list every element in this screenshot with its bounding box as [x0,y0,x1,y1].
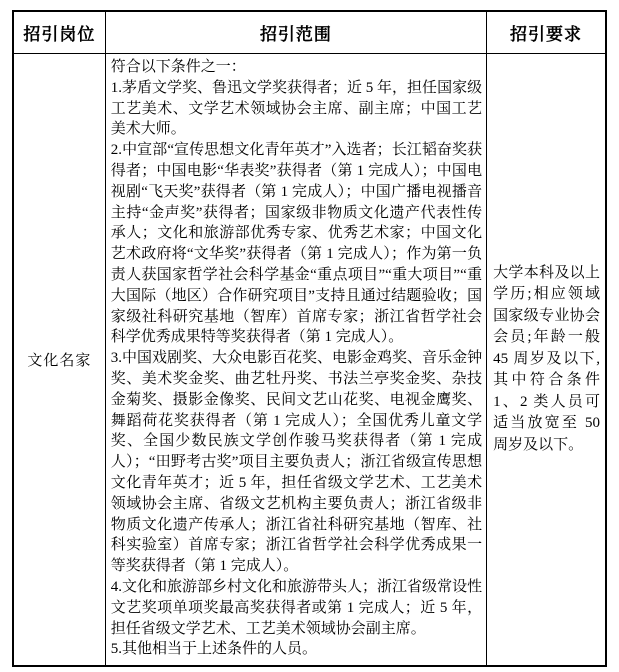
cell-position: 文化名家 [13,54,105,667]
scope-paragraph: 1.茅盾文学奖、鲁迅文学奖获得者；近 5 年，担任国家级工艺美术、文学艺术领域协… [111,78,482,140]
scope-paragraph: 5.其他相当于上述条件的人员。 [111,639,482,660]
header-row: 招引岗位 招引范围 招引要求 [13,11,606,54]
scope-paragraph: 2.中宣部“宣传思想文化青年英才”入选者；长江韬奋奖获得者；中国电影“华表奖”获… [111,140,482,348]
scope-paragraph: 3.中国戏剧奖、大众电影百花奖、电影金鸡奖、音乐金钟奖、美术奖金奖、曲艺牡丹奖、… [111,348,482,577]
header-cell-scope: 招引范围 [105,11,486,54]
document-page: 招引岗位 招引范围 招引要求 文化名家 符合以下条件之一：1.茅盾文学奖、鲁迅文… [0,0,619,672]
recruitment-table: 招引岗位 招引范围 招引要求 文化名家 符合以下条件之一：1.茅盾文学奖、鲁迅文… [12,10,607,667]
scope-paragraph: 符合以下条件之一： [111,57,482,78]
cell-requirement: 大学本科及以上学历;相应领域国家级专业协会会员;年龄一般 45 周岁及以下,其中… [487,54,606,667]
scope-paragraph: 4.文化和旅游部乡村文化和旅游带头人；浙江省级常设性文艺奖项单项奖最高奖获得者或… [111,577,482,639]
cell-scope: 符合以下条件之一：1.茅盾文学奖、鲁迅文学奖获得者；近 5 年，担任国家级工艺美… [105,54,486,667]
header-cell-position: 招引岗位 [13,11,105,54]
header-cell-requirement: 招引要求 [487,11,606,54]
table-row: 文化名家 符合以下条件之一：1.茅盾文学奖、鲁迅文学奖获得者；近 5 年，担任国… [13,54,606,667]
